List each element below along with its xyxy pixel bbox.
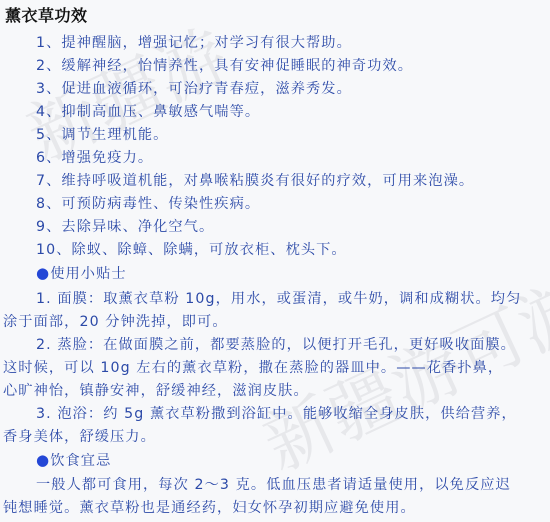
effect-item: 3、促进血液循环，可治疗青春痘，滋养秀发。	[36, 78, 352, 98]
diet-line: 钝想睡觉。薰衣草粉也是通经药，妇女怀孕初期应避免使用。	[3, 497, 416, 517]
tips-heading: ●使用小贴士	[36, 263, 127, 283]
document-page: 新疆游 新疆游可游 薰衣草功效 1、提神醒脑，增强记忆；对学习有很大帮助。 2、…	[0, 0, 550, 522]
tip-line: 香身美体，舒缓压力。	[3, 426, 156, 446]
tip-line: 这时候，可以 10g 左右的薰衣草粉，撒在蒸脸的器皿中。——花香扑鼻，	[3, 357, 503, 377]
tip-line: 心旷神怡，镇静安神，舒缓神经，滋润皮肤。	[3, 380, 309, 400]
effect-item: 2、缓解神经，怡情养性，具有安神促睡眠的神奇功效。	[36, 55, 413, 75]
tip-line: 涂于面部，20 分钟洗掉，即可。	[3, 311, 228, 331]
tips-heading-label: 使用小贴士	[50, 266, 126, 282]
effect-item: 1、提神醒脑，增强记忆；对学习有很大帮助。	[36, 32, 352, 52]
effect-item: 9、去除异味、净化空气。	[36, 216, 214, 236]
page-title: 薰衣草功效	[5, 3, 88, 26]
effect-item: 7、维持呼吸道机能，对鼻喉粘膜炎有很好的疗效，可用来泡澡。	[36, 170, 474, 190]
tip-line: 1. 面膜：取薰衣草粉 10g，用水，或蛋清，或牛奶，调和成糊状。均匀	[36, 288, 521, 308]
effect-item: 10、除蚁、除蟑、除螨，可放衣柜、枕头下。	[36, 239, 347, 259]
diet-heading: ●饮食宜忌	[36, 450, 111, 470]
bullet-icon: ●	[36, 451, 50, 469]
effect-item: 8、可预防病毒性、传染性疾病。	[36, 193, 260, 213]
tip-line: 3. 泡浴：约 5g 薰衣草粉撒到浴缸中。能够收缩全身皮肤，供给营养，	[36, 403, 517, 423]
bullet-icon: ●	[36, 264, 50, 282]
effect-item: 6、增强免疫力。	[36, 147, 153, 167]
effect-item: 5、调节生理机能。	[36, 124, 168, 144]
diet-heading-label: 饮食宜忌	[50, 453, 111, 469]
tip-line: 2. 蒸脸：在做面膜之前，都要蒸脸的，以便打开毛孔，更好吸收面膜。	[36, 334, 516, 354]
effect-item: 4、抑制高血压、鼻敏感气喘等。	[36, 101, 260, 121]
diet-line: 一般人都可食用，每次 2～3 克。低血压患者请适量使用，以免反应迟	[36, 474, 511, 494]
